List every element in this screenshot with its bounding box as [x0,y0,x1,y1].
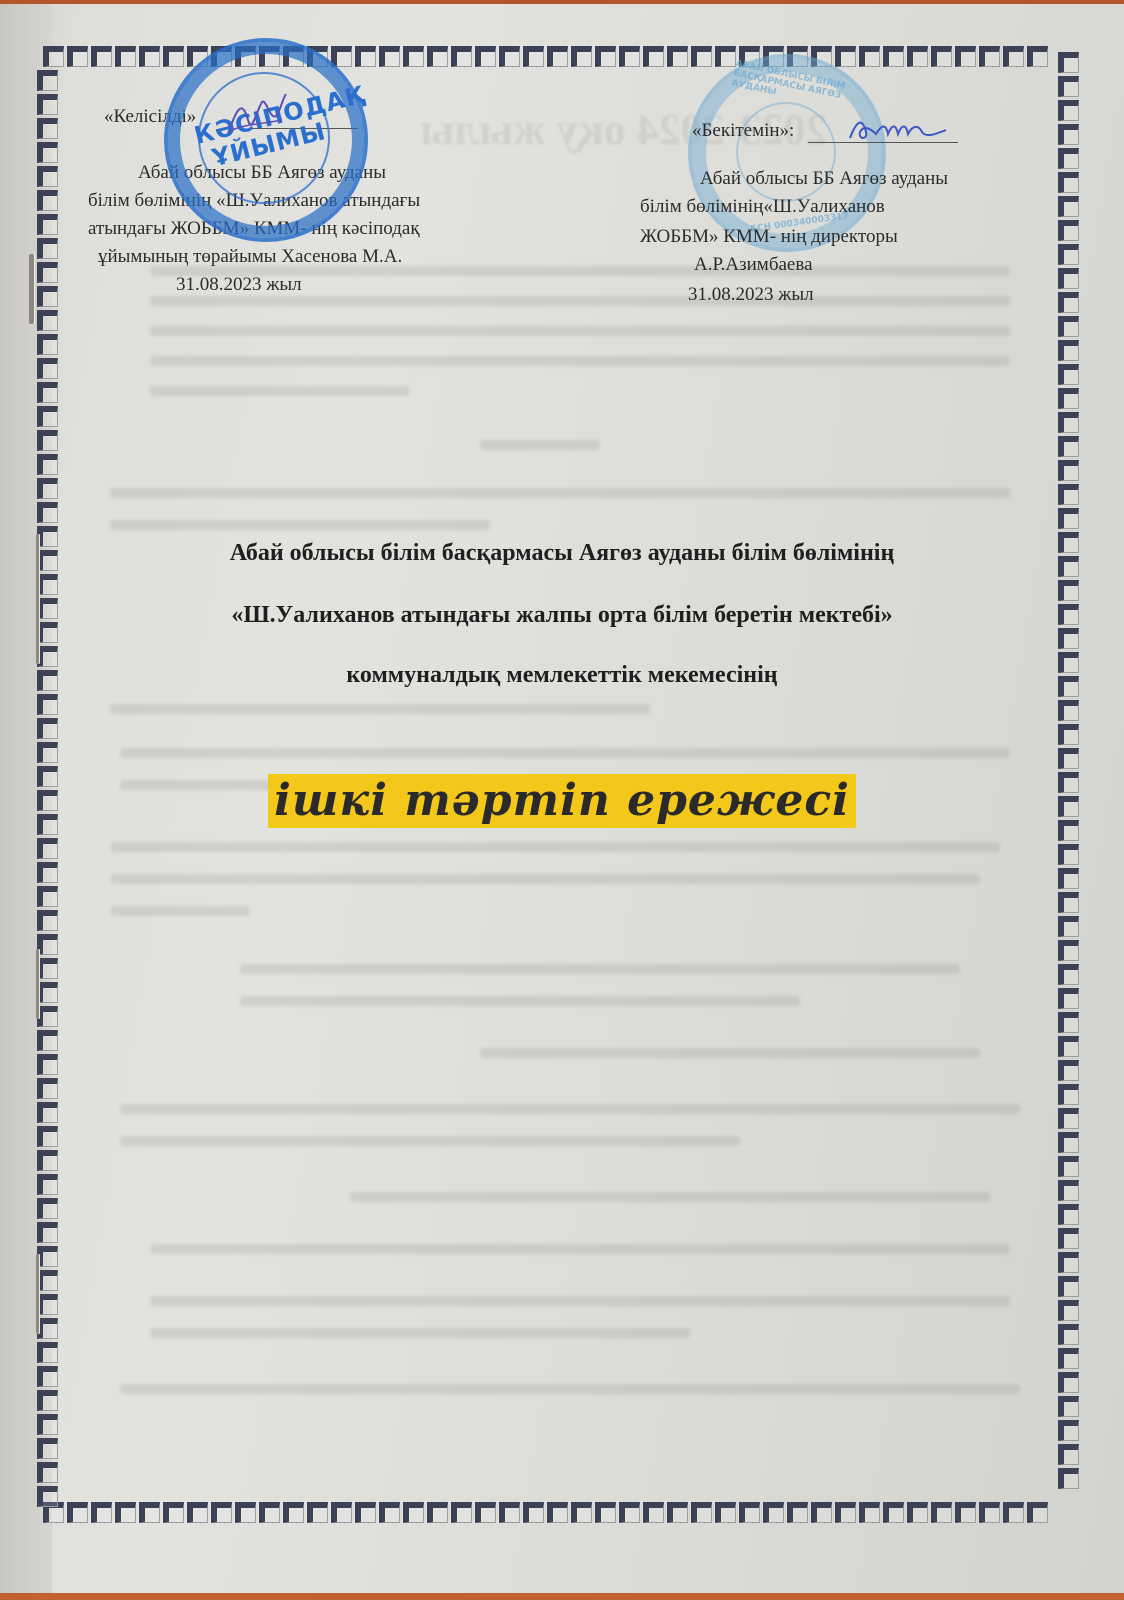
bleed-line [480,1048,980,1058]
decorative-border-bottom [43,1502,1048,1523]
border-tile [907,1502,928,1523]
border-tile [37,454,58,475]
bleed-line [110,874,980,884]
border-tile [379,1502,400,1523]
border-tile [37,310,58,331]
border-tile [37,334,58,355]
border-tile [37,1198,58,1219]
border-tile [187,1502,208,1523]
bleed-line [110,520,490,530]
bleed-line [120,1384,1020,1394]
border-tile [1058,1420,1079,1441]
border-tile [523,1502,544,1523]
border-tile [37,382,58,403]
border-tile [1058,1180,1079,1201]
document-title-highlighted: ішкі тәртіп ережесі [268,774,856,828]
border-tile [37,1078,58,1099]
title-line-3: коммуналдық мемлекеттік мекемесінің [0,662,1124,689]
border-tile [1058,844,1079,865]
bleed-line [120,748,1010,758]
decorative-border-top [43,46,1048,67]
border-tile [37,838,58,859]
border-tile [835,1502,856,1523]
border-tile [1058,868,1079,889]
border-tile [37,1294,58,1315]
border-tile [37,1150,58,1171]
border-tile [91,1502,112,1523]
border-tile [37,118,58,139]
border-tile [1058,1228,1079,1249]
border-tile [1058,460,1079,481]
border-tile [1058,436,1079,457]
border-tile [1003,46,1024,67]
bleed-line [350,1192,990,1202]
border-tile [37,574,58,595]
border-tile [37,1318,58,1339]
border-tile [163,46,184,67]
bleed-line [150,326,1010,336]
bleed-line [150,386,410,396]
border-tile [499,46,520,67]
border-tile [37,214,58,235]
approved-line-3: ЖОББМ» КММ- нің директоры [640,224,898,249]
border-tile [37,1006,58,1027]
bleed-line [150,356,1010,366]
border-tile [1058,964,1079,985]
border-tile [37,910,58,931]
border-tile [37,886,58,907]
staple [29,254,34,324]
border-tile [1058,1396,1079,1417]
border-tile [523,46,544,67]
border-tile [1058,1348,1079,1369]
border-tile [259,1502,280,1523]
border-tile [355,1502,376,1523]
border-tile [37,934,58,955]
approved-line-2: білім бөлімінің«Ш.Уалиханов [640,194,885,219]
border-tile [643,46,664,67]
border-tile [595,1502,616,1523]
border-tile [1058,1324,1079,1345]
border-tile [1058,724,1079,745]
border-tile [427,46,448,67]
border-tile [1058,988,1079,1009]
border-tile [931,1502,952,1523]
bleed-line [240,996,800,1006]
border-tile [955,46,976,67]
border-tile [37,958,58,979]
border-tile [1058,1156,1079,1177]
border-tile [547,1502,568,1523]
border-tile [283,1502,304,1523]
staple [36,1254,39,1334]
border-tile [163,1502,184,1523]
border-tile [403,1502,424,1523]
border-tile [979,46,1000,67]
border-tile [1058,196,1079,217]
border-tile [37,1126,58,1147]
border-tile [91,46,112,67]
border-tile [619,46,640,67]
border-tile [1027,1502,1048,1523]
border-tile [1058,892,1079,913]
border-tile [37,142,58,163]
border-tile [37,1030,58,1051]
border-tile [37,94,58,115]
border-tile [691,46,712,67]
border-tile [739,1502,760,1523]
border-tile [43,46,64,67]
border-tile [37,1342,58,1363]
border-tile [1058,1012,1079,1033]
approved-heading: «Бекітемін»: [692,118,794,143]
border-tile [139,1502,160,1523]
border-tile [1058,1276,1079,1297]
border-tile [475,46,496,67]
title-line-2: «Ш.Уалиханов атындағы жалпы орта білім б… [0,602,1124,629]
bleed-line [150,1328,690,1338]
border-tile [1058,1204,1079,1225]
border-tile [763,1502,784,1523]
border-tile [1058,1372,1079,1393]
border-tile [883,1502,904,1523]
border-tile [115,46,136,67]
border-tile [37,1054,58,1075]
table-surface-bottom [0,1593,1124,1600]
border-tile [1058,628,1079,649]
border-tile [1058,220,1079,241]
border-tile [1058,340,1079,361]
border-tile [1058,1060,1079,1081]
border-tile [1058,916,1079,937]
border-tile [37,982,58,1003]
border-tile [715,1502,736,1523]
border-tile [37,502,58,523]
border-tile [37,190,58,211]
border-tile [37,1366,58,1387]
border-tile [37,718,58,739]
border-tile [1058,748,1079,769]
document-title-wrap: ішкі тәртіп ережесі [0,774,1124,828]
border-tile [1058,940,1079,961]
border-tile [475,1502,496,1523]
border-tile [37,1390,58,1411]
agreed-date: 31.08.2023 жыл [176,272,302,297]
border-tile [331,1502,352,1523]
border-tile [1058,508,1079,529]
border-tile [37,1462,58,1483]
border-tile [451,46,472,67]
bleed-line [110,906,250,916]
border-tile [1058,1132,1079,1153]
border-tile [1058,580,1079,601]
border-tile [37,1438,58,1459]
border-tile [307,1502,328,1523]
approval-stamp: АБАЙ ОБЛЫСЫ БІЛІМ БАСҚАРМАСЫ АЯГӨЗ АУДАН… [688,54,886,252]
border-tile [451,1502,472,1523]
document-page: 2023-2024 оқу жылы АБАЙ ОБЛЫСЫ БІЛІМ БАС… [0,4,1124,1594]
border-tile [1058,1300,1079,1321]
approved-line-4: А.Р.Азимбаева [694,252,813,277]
approved-line-1: Абай облысы ББ Аягөз ауданы [700,166,948,191]
border-tile [115,1502,136,1523]
border-tile [1058,124,1079,145]
border-tile [547,46,568,67]
border-tile [667,1502,688,1523]
border-tile [37,742,58,763]
border-tile [379,46,400,67]
border-tile [1058,484,1079,505]
border-tile [811,1502,832,1523]
border-tile [37,1246,58,1267]
border-tile [1058,172,1079,193]
border-tile [37,1102,58,1123]
border-tile [955,1502,976,1523]
border-tile [427,1502,448,1523]
border-tile [37,262,58,283]
border-tile [37,694,58,715]
approved-date: 31.08.2023 жыл [688,282,814,307]
border-tile [1058,1252,1079,1273]
union-signature [222,90,292,150]
agreed-line-4: ұйымының төрайымы Хасенова М.А. [98,244,402,269]
border-tile [37,430,58,451]
bleed-line [110,704,650,714]
border-tile [355,46,376,67]
director-signature [846,112,958,146]
title-line-1: Абай облысы білім басқармасы Аягөз аудан… [0,540,1124,567]
staple [36,949,39,1019]
border-tile [1058,292,1079,313]
border-tile [37,1222,58,1243]
border-tile [1058,148,1079,169]
bleed-line [120,1136,740,1146]
border-tile [859,1502,880,1523]
border-tile [37,1414,58,1435]
border-tile [37,70,58,91]
border-tile [1058,268,1079,289]
border-tile [1058,52,1079,73]
border-tile [1058,1444,1079,1465]
border-tile [403,46,424,67]
border-tile [37,1270,58,1291]
border-tile [139,46,160,67]
border-tile [37,478,58,499]
bleed-line [480,440,600,450]
border-tile [37,862,58,883]
border-tile [211,1502,232,1523]
border-tile [1058,700,1079,721]
border-tile [67,1502,88,1523]
border-tile [1058,316,1079,337]
border-tile [1058,388,1079,409]
border-tile [37,238,58,259]
decorative-border-right [1058,52,1079,1489]
bleed-line [240,964,960,974]
border-tile [835,46,856,67]
border-tile [37,166,58,187]
border-tile [643,1502,664,1523]
border-tile [1058,1108,1079,1129]
border-tile [907,46,928,67]
bleed-line [110,488,1010,498]
bleed-line [150,1296,1010,1306]
border-tile [571,1502,592,1523]
border-tile [715,46,736,67]
border-tile [979,1502,1000,1523]
border-tile [1058,244,1079,265]
border-tile [883,46,904,67]
border-tile [595,46,616,67]
border-tile [859,46,880,67]
border-tile [1027,46,1048,67]
border-tile [37,358,58,379]
bleed-line [110,842,1000,852]
bleed-line [150,1244,1010,1254]
border-tile [667,46,688,67]
border-tile [1058,1036,1079,1057]
border-tile [499,1502,520,1523]
border-tile [235,1502,256,1523]
border-tile [1058,76,1079,97]
bleed-line [150,296,1010,306]
bleed-line [120,1104,1020,1114]
border-tile [619,1502,640,1523]
border-tile [1058,364,1079,385]
border-tile [571,46,592,67]
border-tile [1003,1502,1024,1523]
border-tile [37,1174,58,1195]
border-tile [37,286,58,307]
border-tile [1058,100,1079,121]
border-tile [787,1502,808,1523]
border-tile [691,1502,712,1523]
border-tile [1058,1084,1079,1105]
border-tile [67,46,88,67]
border-tile [37,406,58,427]
border-tile [1058,412,1079,433]
border-tile [1058,1468,1079,1489]
border-tile [931,46,952,67]
border-tile [37,1486,58,1507]
